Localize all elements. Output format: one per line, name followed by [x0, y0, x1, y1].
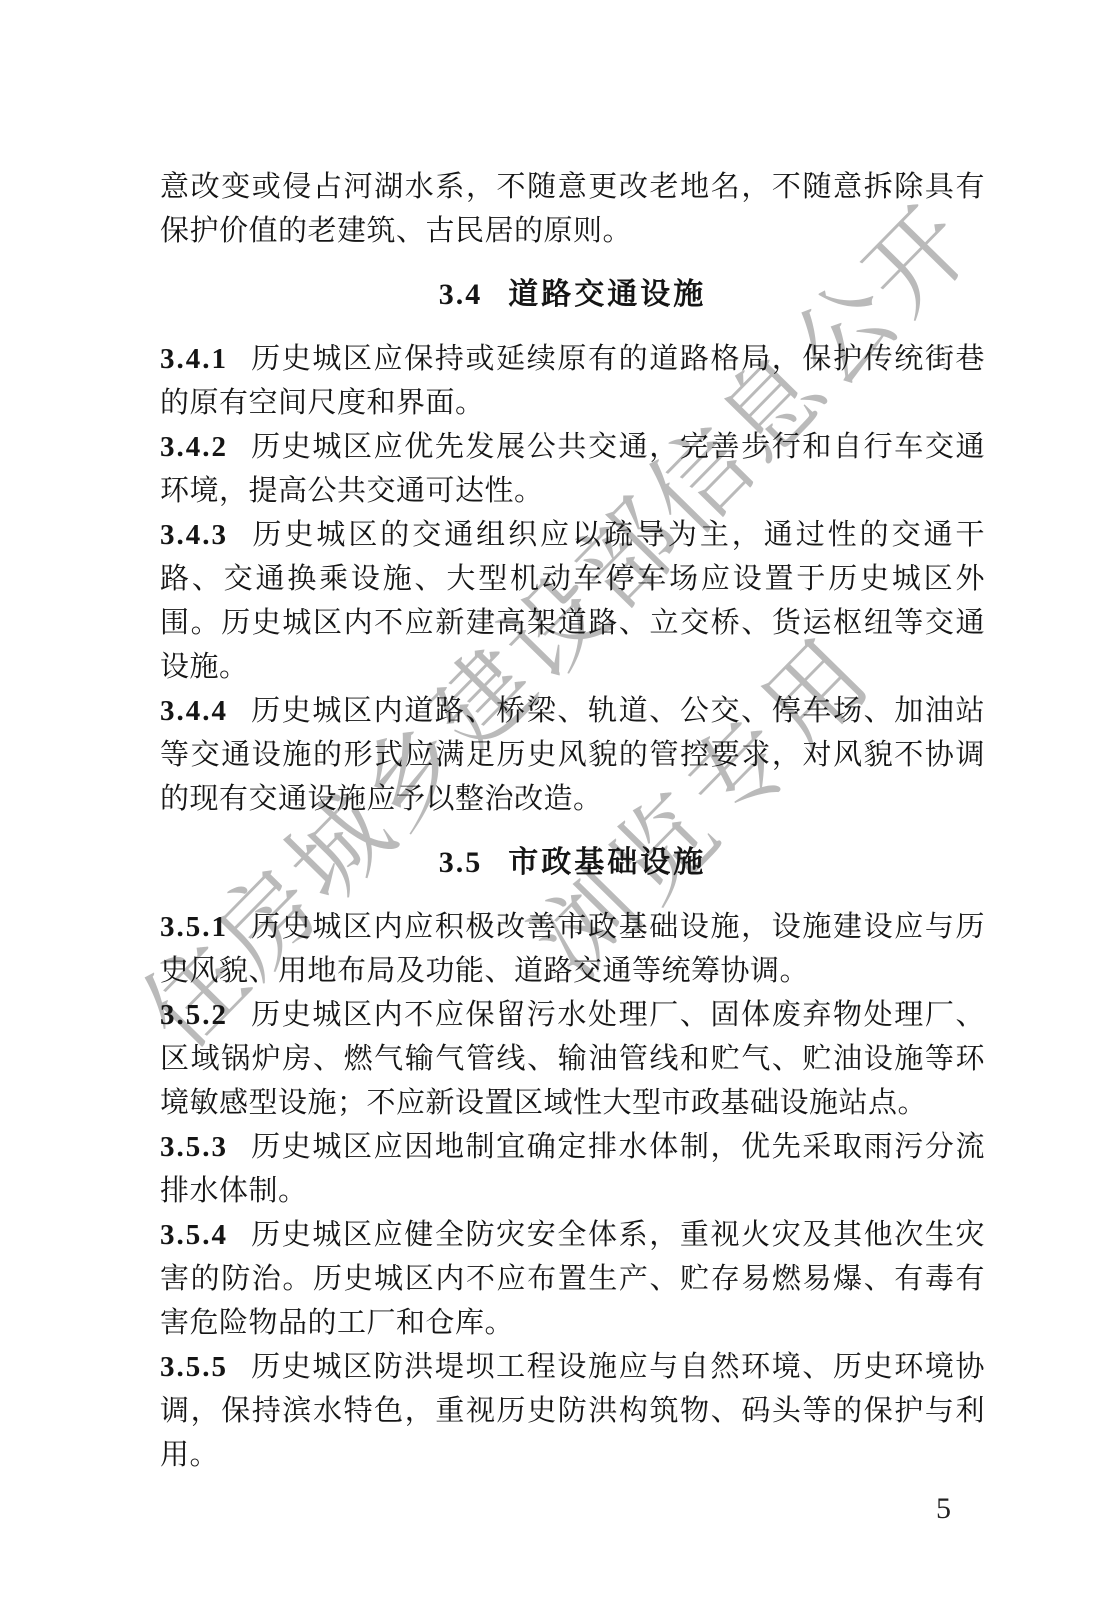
clause-paragraph: 3.4.4历史城区内道路、桥梁、轨道、公交、停车场、加油站等交通设施的形式应满足… — [160, 689, 985, 821]
section-title: 道路交通设施 — [508, 278, 706, 311]
clause-number: 3.4.4 — [160, 695, 228, 727]
section-title: 市政基础设施 — [508, 846, 706, 879]
page-number: 5 — [936, 1492, 951, 1526]
clause-text: 历史城区防洪堤坝工程设施应与自然环境、历史环境协调，保持滨水特色，重视历史防洪构… — [160, 1351, 985, 1471]
section-heading: 3.4道路交通设施 — [160, 273, 985, 317]
clause-number: 3.5.2 — [160, 999, 228, 1031]
document-page: 住房城乡建设部信息公开 浏览专用 意改变或侵占河湖水系，不随意更改老地名，不随意… — [0, 0, 1103, 1597]
document-body: 意改变或侵占河湖水系，不随意更改老地名，不随意拆除具有保护价值的老建筑、古民居的… — [160, 165, 985, 1477]
clause-paragraph: 3.5.3历史城区应因地制宜确定排水体制，优先采取雨污分流排水体制。 — [160, 1125, 985, 1213]
clause-text: 历史城区应健全防灾安全体系，重视火灾及其他次生灾害的防治。历史城区内不应布置生产… — [160, 1219, 985, 1339]
clause-text: 历史城区内应积极改善市政基础设施，设施建设应与历史风貌、用地布局及功能、道路交通… — [160, 911, 985, 987]
clause-text: 意改变或侵占河湖水系，不随意更改老地名，不随意拆除具有保护价值的老建筑、古民居的… — [160, 171, 985, 247]
clause-number: 3.4.2 — [160, 431, 228, 463]
section-heading: 3.5市政基础设施 — [160, 841, 985, 885]
clause-paragraph: 3.4.3历史城区的交通组织应以疏导为主，通过性的交通干路、交通换乘设施、大型机… — [160, 513, 985, 689]
clause-number: 3.5.4 — [160, 1219, 228, 1251]
clause-paragraph: 3.5.2历史城区内不应保留污水处理厂、固体废弃物处理厂、区域锅炉房、燃气输气管… — [160, 993, 985, 1125]
clause-paragraph: 3.4.2历史城区应优先发展公共交通，完善步行和自行车交通环境，提高公共交通可达… — [160, 425, 985, 513]
clause-paragraph: 意改变或侵占河湖水系，不随意更改老地名，不随意拆除具有保护价值的老建筑、古民居的… — [160, 165, 985, 253]
clause-paragraph: 3.5.1历史城区内应积极改善市政基础设施，设施建设应与历史风貌、用地布局及功能… — [160, 905, 985, 993]
clause-text: 历史城区应因地制宜确定排水体制，优先采取雨污分流排水体制。 — [160, 1131, 985, 1207]
clause-text: 历史城区应优先发展公共交通，完善步行和自行车交通环境，提高公共交通可达性。 — [160, 431, 985, 507]
clause-text: 历史城区的交通组织应以疏导为主，通过性的交通干路、交通换乘设施、大型机动车停车场… — [160, 519, 985, 683]
section-number: 3.4 — [439, 278, 483, 311]
clause-text: 历史城区内不应保留污水处理厂、固体废弃物处理厂、区域锅炉房、燃气输气管线、输油管… — [160, 999, 985, 1119]
clause-number: 3.5.5 — [160, 1351, 228, 1383]
clause-paragraph: 3.5.4历史城区应健全防灾安全体系，重视火灾及其他次生灾害的防治。历史城区内不… — [160, 1213, 985, 1345]
clause-number: 3.5.1 — [160, 911, 228, 943]
section-number: 3.5 — [439, 846, 483, 879]
clause-number: 3.5.3 — [160, 1131, 228, 1163]
clause-number: 3.4.3 — [160, 519, 228, 551]
clause-text: 历史城区内道路、桥梁、轨道、公交、停车场、加油站等交通设施的形式应满足历史风貌的… — [160, 695, 985, 815]
clause-paragraph: 3.5.5历史城区防洪堤坝工程设施应与自然环境、历史环境协调，保持滨水特色，重视… — [160, 1345, 985, 1477]
clause-text: 历史城区应保持或延续原有的道路格局，保护传统街巷的原有空间尺度和界面。 — [160, 343, 985, 419]
clause-paragraph: 3.4.1历史城区应保持或延续原有的道路格局，保护传统街巷的原有空间尺度和界面。 — [160, 337, 985, 425]
clause-number: 3.4.1 — [160, 343, 228, 375]
